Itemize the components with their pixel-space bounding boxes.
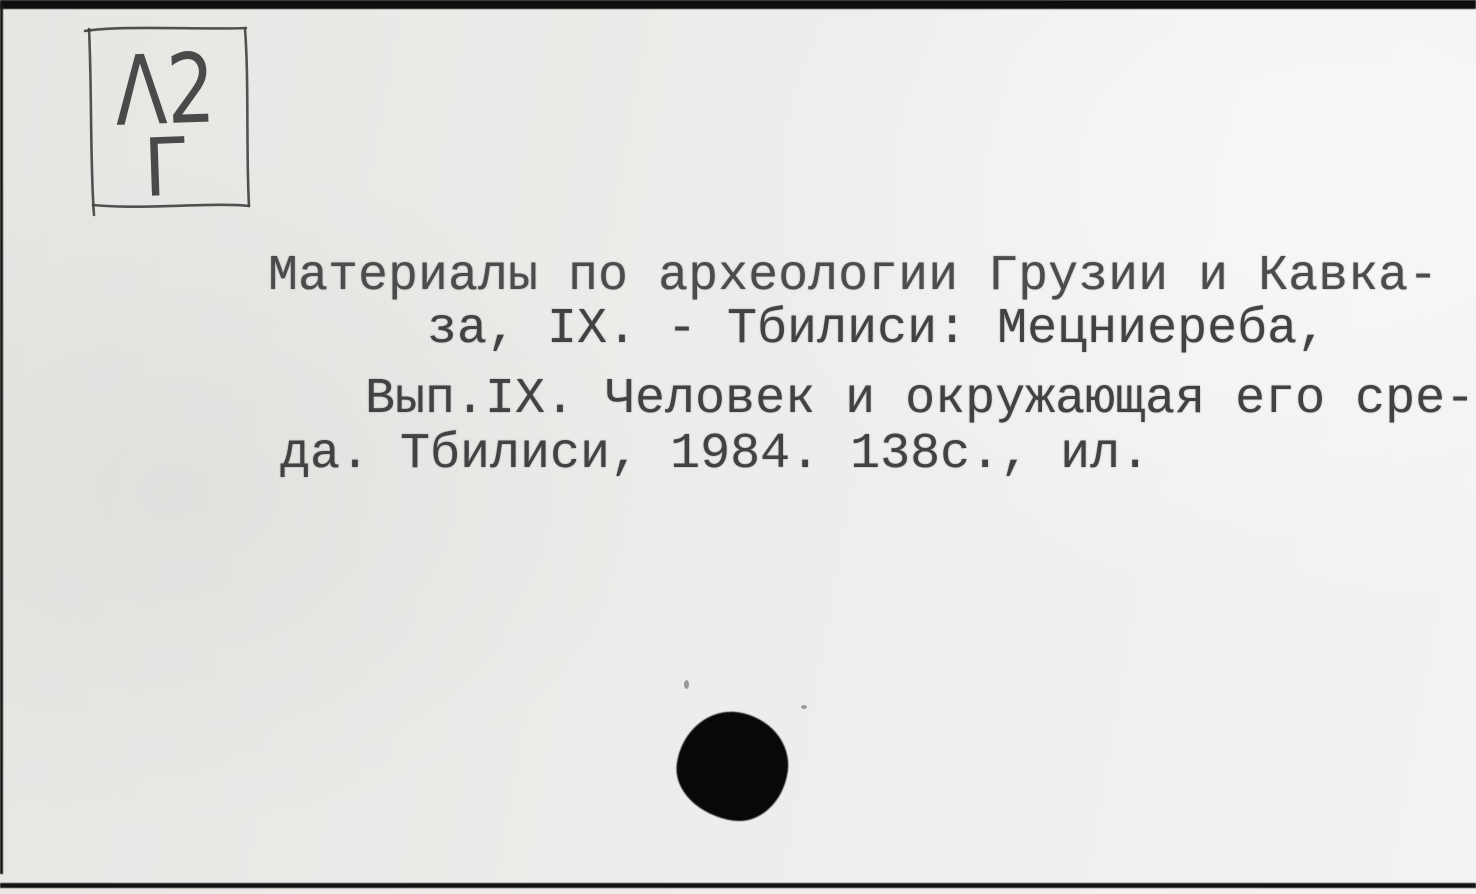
speck <box>801 705 807 709</box>
speck <box>684 680 689 689</box>
left-edge-line <box>0 2 3 874</box>
bib-line-2: за, IX. - Тбилиси: Мецниереба, <box>427 305 1327 355</box>
classification-box: Λ2 Г <box>83 22 253 222</box>
bib-line-3: Вып.IX. Человек и окружающая его сре- <box>365 375 1475 425</box>
bottom-edge-bar <box>0 883 1476 888</box>
top-edge-bar <box>0 0 1476 9</box>
ink-blot <box>670 705 795 827</box>
catalog-card-scan: Λ2 Г Материалы по археологии Грузии и Ка… <box>0 0 1476 894</box>
shelf-mark-bottom: Г <box>142 120 191 215</box>
bib-line-1: Материалы по археологии Грузии и Кавка- <box>268 252 1438 302</box>
bib-line-4: да. Тбилиси, 1984. 138с., ил. <box>280 430 1150 480</box>
